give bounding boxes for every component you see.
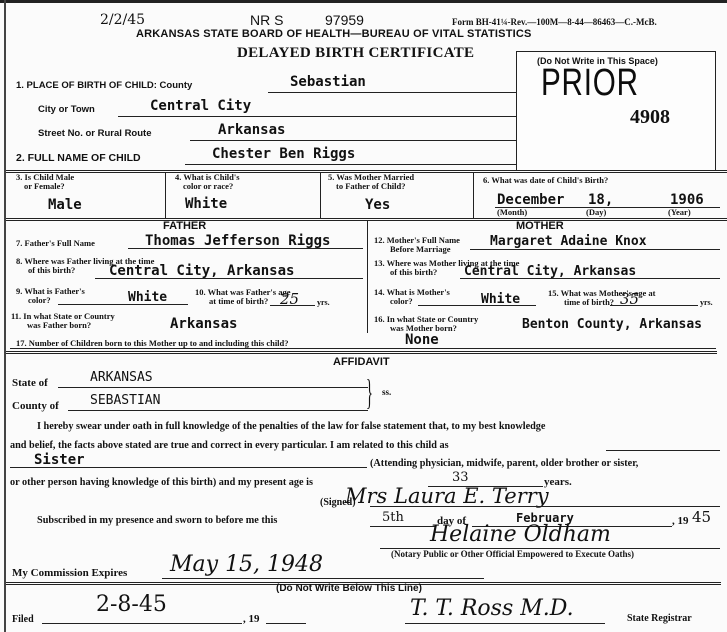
father-name-value: Thomas Jefferson Riggs [145, 233, 330, 249]
notary-signature: Helaine Oldham [430, 522, 611, 547]
county-affidavit-underline [68, 410, 368, 411]
place-of-birth-label: 1. PLACE OF BIRTH OF CHILD: County [16, 80, 192, 91]
brace: } [366, 372, 373, 412]
mother-residence-underline [460, 278, 720, 279]
ss-label: ss. [382, 387, 391, 397]
mother-name-underline [470, 249, 720, 250]
subscribed-label: Subscribed in my presence and sworn to b… [37, 514, 277, 526]
dob-day: 18, [588, 192, 613, 208]
father-birthplace-value: Arkansas [170, 316, 237, 332]
nr-label: NR S [250, 12, 283, 28]
city-value: Central City [150, 98, 251, 114]
mother-color-label: 14. What is Mother'scolor? [374, 288, 450, 306]
col-divider [165, 173, 166, 219]
prior-stamp: PRIOR [541, 62, 639, 105]
sex-value: Male [48, 197, 82, 213]
county-value: Sebastian [290, 74, 366, 90]
year-suffix: 45 [692, 508, 711, 526]
stamp-number: 4908 [630, 106, 670, 129]
oath-line-2: and belief, the facts above stated are t… [10, 439, 449, 451]
registrar-underline [405, 623, 605, 624]
mother-color-underline [418, 305, 536, 306]
child-name-value: Chester Ben Riggs [212, 146, 355, 162]
left-border [4, 0, 6, 632]
mother-heading: MOTHER [516, 220, 564, 232]
children-count-label: 17. Number of Children born to this Moth… [16, 338, 289, 348]
relation-underline-1 [606, 450, 720, 451]
father-color-value: White [128, 290, 167, 305]
dob-month: December [497, 192, 564, 208]
married-label: 5. Was Mother Marriedto Father of Child? [328, 173, 414, 191]
day-underline [370, 526, 435, 527]
signature-underline [370, 506, 720, 507]
notary-caption: (Notary Public or Other Official Empower… [391, 549, 634, 559]
top-border [0, 0, 727, 3]
filed-underline [42, 623, 242, 624]
relation-underline-2 [10, 467, 367, 468]
registrar-signature: T. T. Ross M.D. [410, 596, 574, 621]
father-color-label: 9. What is Father'scolor? [16, 287, 85, 305]
mother-name-label: 12. Mother's Full NameBefore Marriage [374, 236, 460, 254]
state-underline [58, 387, 368, 388]
filed-year-underline [266, 623, 306, 624]
month-caption: (Month) [497, 207, 527, 217]
year-caption: (Year) [668, 207, 691, 217]
mother-residence-value: Central City, Arkansas [464, 264, 636, 279]
street-value: Arkansas [218, 122, 285, 138]
mother-name-value: Margaret Adaine Knox [490, 234, 647, 249]
father-age-unit: yrs. [317, 298, 330, 307]
father-name-underline [128, 248, 363, 249]
relation-value: Sister [34, 452, 85, 468]
affiant-age-value: 33 [452, 470, 469, 485]
registrar-label: State Registrar [627, 613, 692, 624]
mother-birthplace-value: Benton County, Arkansas [522, 317, 702, 332]
form-code: Form BH-41¼-Rev.—100M—8-44—86463—C.-McB. [452, 17, 657, 27]
filed-year-prefix: , 19 [243, 613, 260, 625]
affiant-signature: Mrs Laura E. Terry [345, 484, 549, 508]
race-value: White [185, 196, 227, 212]
do-not-write-label: (Do Not Write Below This Line) [276, 583, 422, 594]
office-use-box: (Do Not Write in This Space) PRIOR 4908 [516, 51, 716, 171]
mother-birthplace-label: 16. In what State or Countrywas Mother b… [374, 315, 478, 333]
mother-age-underline [610, 305, 698, 306]
oath-line-1: I hereby swear under oath in full knowle… [37, 420, 545, 432]
state-value: ARKANSAS [90, 370, 153, 385]
street-label: Street No. or Rural Route [38, 128, 152, 139]
father-name-label: 7. Father's Full Name [16, 239, 95, 248]
commission-label: My Commission Expires [12, 567, 127, 579]
father-age-underline [270, 305, 315, 306]
state-label: State of [12, 377, 48, 389]
col-divider [320, 173, 321, 219]
document-title: DELAYED BIRTH CERTIFICATE [237, 45, 474, 62]
relation-hint: (Attending physician, midwife, parent, o… [370, 457, 638, 469]
age-line-prefix: or other person having knowledge of this… [10, 476, 313, 488]
filed-date: 2-8-45 [96, 592, 167, 617]
city-label: City or Town [38, 104, 95, 115]
county-label: County of [12, 400, 59, 412]
mother-age-unit: yrs. [700, 298, 713, 307]
race-label: 4. What is Child'scolor or race? [175, 173, 240, 191]
agency-name: ARKANSAS STATE BOARD OF HEALTH—BUREAU OF… [136, 28, 532, 40]
father-age-label: 10. What was Father's ageat time of birt… [195, 288, 290, 306]
street-underline [190, 140, 516, 141]
sex-label: 3. Is Child Maleor Female? [16, 173, 74, 191]
father-color-underline [58, 304, 188, 305]
married-value: Yes [365, 197, 390, 213]
commission-date: May 15, 1948 [170, 552, 323, 577]
dob-year: 1906 [670, 192, 704, 208]
county-affidavit-value: SEBASTIAN [90, 393, 160, 408]
children-count-underline [10, 348, 716, 349]
father-birthplace-label: 11. In what State or Countrywas Father b… [11, 312, 115, 330]
subscribed-day: 5th [382, 510, 404, 525]
day-caption: (Day) [586, 207, 606, 217]
delayed-birth-certificate: 2/2/45 NR S 97959 Form BH-41¼-Rev.—100M—… [0, 0, 727, 632]
affidavit-heading: AFFIDAVIT [333, 356, 390, 368]
child-name-underline [185, 164, 516, 165]
city-underline [118, 116, 516, 117]
divider [6, 351, 717, 354]
parents-divider [367, 221, 368, 333]
dob-label: 6. What was date of Child's Birth? [483, 176, 608, 185]
col-divider [473, 173, 474, 219]
father-residence-value: Central City, Arkansas [109, 263, 294, 279]
commission-underline [162, 578, 484, 579]
father-heading: FATHER [163, 220, 206, 232]
certificate-number: 97959 [325, 12, 364, 28]
children-count-value: None [405, 332, 439, 348]
county-underline [268, 92, 516, 93]
father-residence-underline [95, 278, 363, 279]
child-name-label: 2. FULL NAME OF CHILD [16, 152, 141, 164]
handwritten-date: 2/2/45 [100, 12, 145, 28]
year-prefix: , 19 [672, 515, 689, 527]
filed-label: Filed [12, 614, 34, 625]
